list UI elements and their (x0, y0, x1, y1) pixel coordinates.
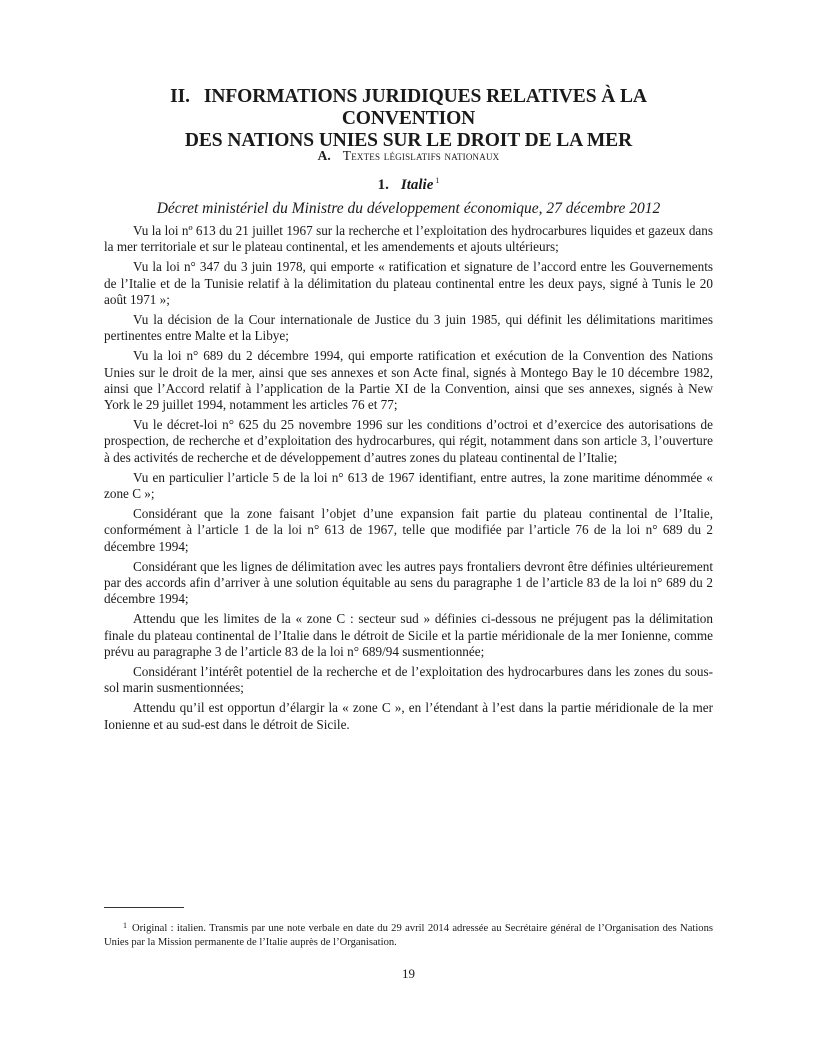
paragraph: Vu le décret-loi n° 625 du 25 novembre 1… (104, 417, 713, 466)
footnote-reference[interactable]: 1 (435, 176, 439, 185)
paragraph: Vu la loi n° 689 du 2 décembre 1994, qui… (104, 348, 713, 413)
paragraph: Considérant que les lignes de délimitati… (104, 559, 713, 608)
footnote-divider (104, 907, 184, 908)
section-letter: A. (318, 148, 331, 163)
subsection-number: 1. (378, 177, 389, 193)
page-number: 19 (104, 966, 713, 982)
subsection-heading: 1.Italie1 (104, 172, 713, 194)
paragraph: Vu la loi n° 347 du 3 juin 1978, qui emp… (104, 259, 713, 308)
chapter-title-line-1: INFORMATIONS JURIDIQUES RELATIVES À LA C… (204, 86, 647, 129)
chapter-number: II. (170, 86, 190, 108)
section-title: Textes législatifs nationaux (343, 148, 500, 163)
footnote-text: Original : italien. Transmis par une not… (104, 923, 713, 948)
footnote-paragraph: 1Original : italien. Transmis par une no… (104, 919, 713, 949)
footnote: 1Original : italien. Transmis par une no… (104, 919, 713, 949)
paragraph: Attendu qu’il est opportun d’élargir la … (104, 700, 713, 732)
chapter-heading-line-1: II.INFORMATIONS JURIDIQUES RELATIVES À L… (104, 86, 713, 130)
footnote-marker: 1 (123, 921, 127, 930)
chapter-heading: II.INFORMATIONS JURIDIQUES RELATIVES À L… (104, 86, 713, 152)
decree-title: Décret ministériel du Ministre du dévelo… (104, 199, 713, 218)
paragraph: Attendu que les limites de la « zone C :… (104, 611, 713, 660)
paragraph: Vu la loi nº 613 du 21 juillet 1967 sur … (104, 223, 713, 255)
body-text: Vu la loi nº 613 du 21 juillet 1967 sur … (104, 223, 713, 737)
paragraph: Vu la décision de la Cour internationale… (104, 312, 713, 344)
paragraph: Considérant que la zone faisant l’objet … (104, 506, 713, 555)
section-heading: A.Textes législatifs nationaux (104, 148, 713, 164)
paragraph: Considérant l’intérêt potentiel de la re… (104, 664, 713, 696)
subsection-title: Italie (401, 177, 434, 193)
paragraph: Vu en particulier l’article 5 de la loi … (104, 470, 713, 502)
